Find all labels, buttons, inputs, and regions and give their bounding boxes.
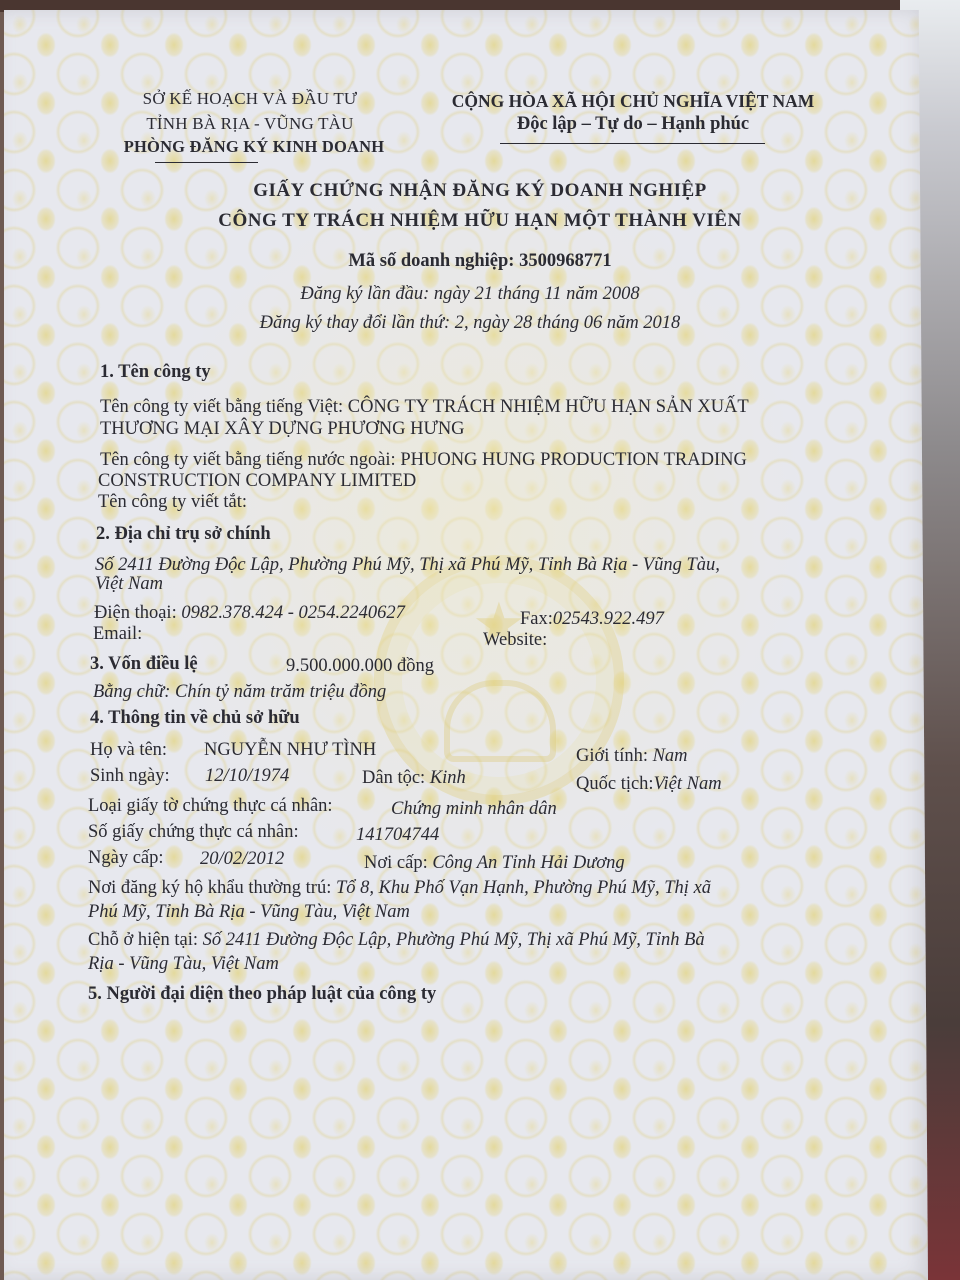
in-words-label: Bằng chữ:: [93, 682, 170, 702]
ethnicity-label: Dân tộc:: [362, 768, 425, 788]
national-motto: Độc lập – Tự do – Hạnh phúc: [443, 114, 823, 135]
in-words-value: Chín tỷ năm trăm triệu đồng: [175, 682, 386, 702]
current-value-line1: Số 2411 Đường Độc Lập, Phường Phú Mỹ, Th…: [203, 930, 705, 950]
foreign-name-value-line2: CONSTRUCTION COMPANY LIMITED: [98, 471, 416, 492]
foreign-name-value-line1: PHUONG HUNG PRODUCTION TRADING: [400, 450, 747, 470]
foreign-name-label: Tên công ty viết bằng tiếng nước ngoài:: [100, 450, 396, 470]
dob-value: 12/10/1974: [205, 766, 289, 787]
current-value-line2: Rịa - Vũng Tàu, Việt Nam: [88, 954, 279, 975]
permanent-value-line1: Tổ 8, Khu Phố Vạn Hạnh, Phường Phú Mỹ, T…: [336, 878, 711, 898]
id-number-value: 141704744: [356, 825, 439, 846]
vn-name-value-line2: THƯƠNG MẠI XÂY DỰNG PHƯƠNG HƯNG: [100, 419, 465, 440]
email-label: Email:: [93, 624, 142, 644]
charter-capital-value: 9.500.000.000 đồng: [286, 656, 434, 677]
fax-value: 02543.922.497: [553, 609, 664, 629]
vn-name-label: Tên công ty viết bằng tiếng Việt:: [100, 397, 343, 417]
headquarters-address-line2: Việt Nam: [95, 574, 163, 595]
email-field: Email:: [93, 624, 142, 645]
section-5-heading: 5. Người đại diện theo pháp luật của côn…: [88, 984, 436, 1005]
issue-date-label: Ngày cấp:: [88, 848, 164, 869]
nationality-value: Việt Nam: [654, 774, 722, 794]
permanent-value-line2: Phú Mỹ, Tỉnh Bà Rịa - Vũng Tàu, Việt Nam: [88, 902, 410, 923]
issue-place-value: Công An Tỉnh Hải Dương: [432, 853, 624, 873]
phone-label: Điện thoại:: [94, 603, 177, 623]
section-2-heading: 2. Địa chỉ trụ sở chính: [96, 524, 271, 545]
issue-date-value: 20/02/2012: [200, 849, 284, 870]
ethnicity-value: Kinh: [430, 768, 466, 788]
header-left-rule: [155, 162, 258, 163]
website-field: Website:: [483, 630, 547, 651]
gender-value: Nam: [653, 746, 688, 766]
foreign-company-name: Tên công ty viết bằng tiếng nước ngoài: …: [100, 450, 747, 471]
headquarters-address-line1: Số 2411 Đường Độc Lập, Phường Phú Mỹ, Th…: [95, 555, 720, 576]
section-1-heading: 1. Tên công ty: [100, 362, 211, 383]
enterprise-code: Mã số doanh nghiệp: 3500968771: [100, 251, 860, 272]
owner-name-value: NGUYỄN NHƯ TÌNH: [204, 740, 376, 761]
phone-field: Điện thoại: 0982.378.424 - 0254.2240627: [94, 603, 405, 624]
website-label: Website:: [483, 630, 547, 650]
phone-value: 0982.378.424 - 0254.2240627: [181, 603, 405, 623]
nationality-label: Quốc tịch:: [576, 774, 654, 794]
owner-name-label: Họ và tên:: [90, 740, 167, 761]
gear-emblem-icon: [444, 680, 556, 762]
company-type-title: CÔNG TY TRÁCH NHIỆM HỮU HẠN MỘT THÀNH VI…: [100, 210, 860, 232]
fax-field: Fax:02543.922.497: [520, 609, 664, 630]
short-name-label: Tên công ty viết tắt:: [98, 492, 247, 512]
id-type-label: Loại giấy tờ chứng thực cá nhân:: [88, 796, 333, 817]
current-label: Chỗ ở hiện tại:: [88, 930, 198, 950]
id-type-value: Chứng minh nhân dân: [391, 799, 557, 820]
vn-company-name: Tên công ty viết bằng tiếng Việt: CÔNG T…: [100, 397, 749, 418]
gender-field: Giới tính: Nam: [576, 746, 688, 767]
fax-label: Fax:: [520, 609, 553, 629]
capital-in-words: Bằng chữ: Chín tỷ năm trăm triệu đồng: [93, 682, 386, 703]
change-registration-date: Đăng ký thay đổi lần thứ: 2, ngày 28 thá…: [90, 313, 850, 334]
header-right-rule: [500, 143, 765, 144]
issuer-province: TỈNH BÀ RỊA - VŨNG TÀU: [100, 114, 400, 134]
id-number-label: Số giấy chứng thực cá nhân:: [88, 822, 299, 843]
section-4-heading: 4. Thông tin về chủ sở hữu: [90, 708, 300, 729]
issue-place-field: Nơi cấp: Công An Tỉnh Hải Dương: [364, 853, 625, 874]
nationality-field: Quốc tịch:Việt Nam: [576, 774, 722, 795]
gender-label: Giới tính:: [576, 746, 648, 766]
vn-name-value-line1: CÔNG TY TRÁCH NHIỆM HỮU HẠN SẢN XUẤT: [348, 397, 749, 417]
current-residence: Chỗ ở hiện tại: Số 2411 Đường Độc Lập, P…: [88, 930, 705, 951]
first-registration-date: Đăng ký lần đầu: ngày 21 tháng 11 năm 20…: [90, 284, 850, 305]
enterprise-code-value: 3500968771: [519, 251, 612, 271]
ethnicity-field: Dân tộc: Kinh: [362, 768, 466, 789]
issuer-department: SỞ KẾ HOẠCH VÀ ĐẦU TƯ: [100, 89, 400, 109]
certificate-title: GIẤY CHỨNG NHẬN ĐĂNG KÝ DOANH NGHIỆP: [100, 180, 860, 202]
enterprise-code-label: Mã số doanh nghiệp:: [348, 251, 514, 271]
country-name: CỘNG HÒA XÃ HỘI CHỦ NGHĨA VIỆT NAM: [443, 91, 823, 112]
dob-label: Sinh ngày:: [90, 766, 170, 787]
section-3-heading: 3. Vốn điều lệ: [90, 654, 198, 675]
issuer-office: PHÒNG ĐĂNG KÝ KINH DOANH: [104, 137, 404, 157]
issue-place-label: Nơi cấp:: [364, 853, 428, 873]
permanent-residence: Nơi đăng ký hộ khẩu thường trú: Tổ 8, Kh…: [88, 878, 711, 899]
permanent-label: Nơi đăng ký hộ khẩu thường trú:: [88, 878, 331, 898]
short-company-name: Tên công ty viết tắt:: [98, 492, 247, 513]
